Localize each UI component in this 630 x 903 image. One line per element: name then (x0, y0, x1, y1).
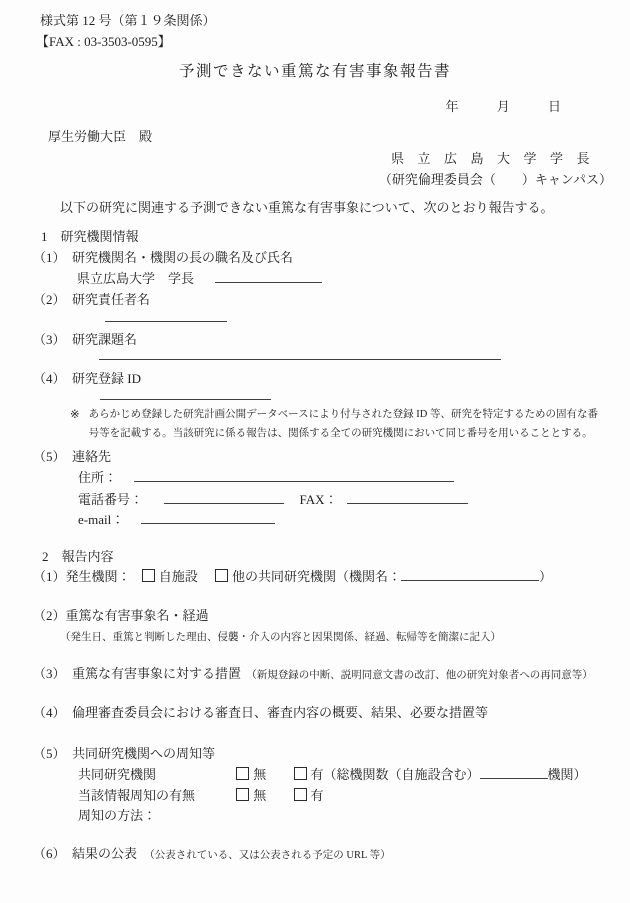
checkbox-notified-yes[interactable] (294, 788, 307, 801)
email-fill-line[interactable] (141, 510, 275, 524)
s2-item3-label: （3） 重篤な有害事象に対する措置 (33, 666, 241, 681)
fax-number: 【FAX : 03-3503-0595】 (36, 32, 171, 52)
notified-yes-label: 有 (311, 788, 324, 803)
note-text: あらかじめ登録した研究計画公開データベースにより付与された登録 ID 等、研究を… (89, 406, 598, 443)
notified-row-label: 当該情報周知の有無 (78, 786, 233, 806)
addressee: 厚生労働大臣 殿 (48, 127, 152, 147)
option-other-org-suffix: ） (539, 569, 552, 584)
s2-item5-row2: 当該情報周知の有無 無 有 (78, 786, 324, 806)
checkbox-notified-none[interactable] (236, 788, 249, 801)
address-line: 住所： (78, 468, 454, 488)
date-line: 年 月 日 (445, 97, 561, 117)
s2-item5-row3: 周知の方法： (78, 806, 156, 826)
total-orgs-prefix: （総機関数（自施設含む） (324, 767, 480, 782)
total-orgs-fill-line[interactable] (480, 765, 548, 779)
s1-item1-label: （1） 研究機関名・機関の長の職名及び氏名 (33, 248, 293, 268)
s1-item1-value-line: 県立広島大学 学長 (77, 269, 322, 289)
checkbox-own-facility[interactable] (142, 569, 155, 582)
s1-item3-label: （3） 研究課題名 (33, 330, 137, 350)
date-year-label: 年 (445, 99, 458, 114)
study-id-fill-line[interactable] (100, 399, 271, 400)
org-name-fill-line[interactable] (401, 567, 539, 581)
head-name-fill-line[interactable] (215, 269, 322, 283)
address-fill-line[interactable] (134, 468, 454, 482)
email-label: e-mail： (78, 512, 124, 527)
address-label: 住所： (78, 470, 117, 485)
total-orgs-suffix: 機関） (548, 767, 587, 782)
s2-item6-note: （公表されている、又は公表される予定の URL 等） (144, 850, 390, 861)
page-title: 予測できない重篤な有害事象報告書 (0, 62, 630, 82)
fax-fill-line[interactable] (347, 490, 468, 504)
s2-item1-line: （1）発生機関： 自施設 他の共同研究機関（機関名：） (33, 567, 552, 587)
checkbox-co-org-none[interactable] (236, 767, 249, 780)
note-text-line2: 号等を記載する。当該研究に係る報告は、関係する全ての研究機関において同じ番号を用… (89, 425, 598, 444)
s1-item2-label: （2） 研究責任者名 (33, 290, 150, 310)
date-month-label: 月 (497, 99, 510, 114)
s1-item1-value: 県立広島大学 学長 (77, 271, 194, 286)
checkbox-other-org[interactable] (215, 569, 228, 582)
s2-item5-label: （5） 共同研究機関への周知等 (33, 744, 215, 764)
s2-item6-label: （6） 結果の公表 (33, 846, 137, 861)
co-org-none-label: 無 (253, 767, 266, 782)
fax-label: FAX： (300, 492, 338, 507)
email-line: e-mail： (78, 510, 275, 530)
s2-item5-row1: 共同研究機関 無 有（総機関数（自施設含む）機関） (78, 765, 587, 785)
co-org-row-label: 共同研究機関 (78, 765, 233, 785)
note-marker: ※ (70, 406, 80, 443)
co-org-yes-label: 有 (311, 767, 324, 782)
option-own-facility-label: 自施設 (159, 569, 198, 584)
document-page: 様式第 12 号（第１９条関係） 【FAX : 03-3503-0595】 予測… (0, 0, 630, 903)
section1-heading: 1 研究機関情報 (41, 227, 139, 247)
note-text-line1: あらかじめ登録した研究計画公開データベースにより付与された登録 ID 等、研究を… (89, 406, 598, 425)
sender: 県立広島大学学長 (391, 149, 603, 169)
sender-sub: （研究倫理委員会（ ）キャンパス） (379, 170, 612, 190)
s2-item4-line: （4） 倫理審査委員会における審査日、審査内容の概要、結果、必要な措置等 (33, 703, 488, 723)
s2-item3-line: （3） 重篤な有害事象に対する措置 （新規登録の中断、説明同意文書の改訂、他の研… (33, 664, 593, 686)
s1-item4-label: （4） 研究登録 ID (33, 369, 141, 389)
s1-item5-label: （5） 連絡先 (33, 447, 111, 467)
s2-item2-label: （2）重篤な有害事象名・経過 (33, 606, 209, 626)
notified-none-label: 無 (253, 788, 266, 803)
date-day-label: 日 (548, 99, 561, 114)
checkbox-co-org-yes[interactable] (294, 767, 307, 780)
s1-note: ※ あらかじめ登録した研究計画公開データベースにより付与された登録 ID 等、研… (70, 406, 598, 443)
phone-label: 電話番号： (78, 492, 143, 507)
pi-name-fill-line[interactable] (105, 321, 227, 322)
form-number: 様式第 12 号（第１９条関係） (40, 11, 216, 31)
s2-item2-note: （発生日、重篤と判断した理由、侵襲・介入の内容と因果関係、経過、転帰等を簡潔に記… (60, 628, 501, 648)
phone-fax-line: 電話番号： FAX： (78, 490, 468, 510)
study-title-fill-line[interactable] (99, 359, 501, 360)
phone-fill-line[interactable] (164, 490, 284, 504)
section2-heading: 2 報告内容 (42, 547, 114, 567)
s2-item6-line: （6） 結果の公表 （公表されている、又は公表される予定の URL 等） (33, 844, 391, 866)
option-other-org-label: 他の共同研究機関（機関名： (232, 569, 401, 584)
intro-sentence: 以下の研究に関連する予測できない重篤な有害事象について、次のとおり報告する。 (60, 198, 553, 218)
s2-item1-label: （1）発生機関： (33, 569, 131, 584)
s2-item3-note: （新規登録の中断、説明同意文書の改訂、他の研究対象者への再同意等） (246, 670, 593, 681)
